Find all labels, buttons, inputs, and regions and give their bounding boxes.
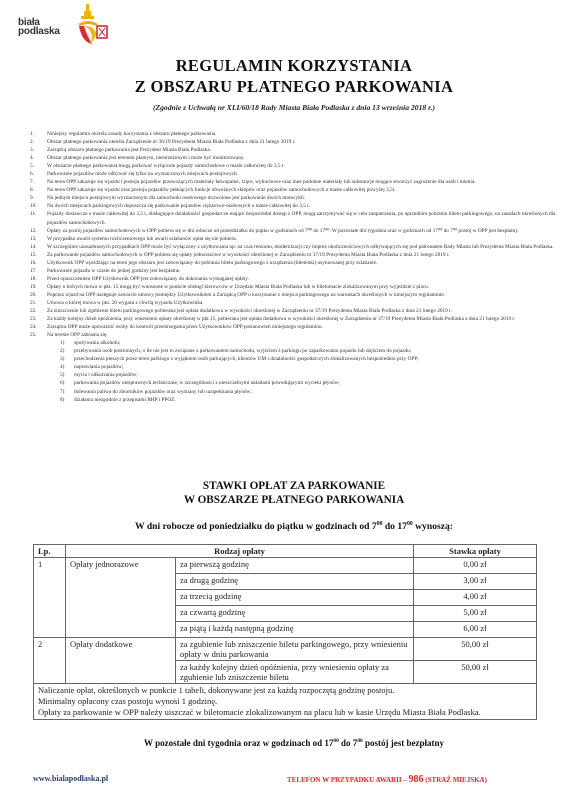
prohibited-number: 2): [60, 347, 74, 355]
rule-text: Za zniszczenie lub zgubienie biletu park…: [47, 307, 570, 315]
rule-number: 11.: [30, 210, 47, 226]
rule-number: 23.: [30, 315, 47, 323]
rule-text: Za każdy kolejny dzień opóźnienia, przy …: [47, 315, 570, 323]
cell-rate: 0,00 zł: [414, 558, 537, 574]
rule-number: 17.: [30, 267, 47, 275]
rule-item: 22.Za zniszczenie lub zgubienie biletu p…: [30, 307, 570, 315]
rule-number: 14.: [30, 243, 47, 251]
table-header-row: Lp. Rodzaj opłaty Stawka opłaty: [34, 545, 537, 558]
rates-heading-line2: W OBSZARZE PŁATNEGO PARKOWANIA: [0, 494, 588, 506]
prohibited-number: 7): [60, 388, 74, 396]
rule-text: Na terenie OPP zabrania się:: [47, 331, 570, 339]
rule-number: 2.: [30, 138, 47, 146]
prohibited-number: 1): [60, 339, 74, 347]
rule-text: Opłaty o których mowa w pkt. 15 mogą być…: [47, 283, 570, 291]
rule-item: 9.Na jednym miejscu postojowym wyznaczon…: [30, 194, 570, 202]
rule-item: 8.Na teren OPP zakazuje się wjazdu oraz …: [30, 186, 570, 194]
rule-item: 15.Za parkowanie pojazdów samochodowych …: [30, 251, 570, 259]
prohibited-text: mycia i odkurzania pojazdów;: [74, 371, 138, 379]
rule-item: 10.Na dwóch miejscach parkingowych dopus…: [30, 202, 570, 210]
cell-lp: 2: [34, 638, 66, 684]
rule-text: Zarządcą obszaru płatnego parkowania jes…: [47, 146, 570, 154]
rule-text: Za parkowanie pojazdów samochodowych w O…: [47, 251, 570, 259]
weekday-mid: do 17: [382, 521, 407, 532]
city-emblem-icon: [76, 2, 110, 46]
rule-item: 17.Parkowanie pojazdu w czasie do jednej…: [30, 267, 570, 275]
prohibited-item: 8)działania niezgodnie z przepisami BHP …: [30, 396, 570, 404]
table-row: 2Opłaty dodatkoweza zgubienie lub zniszc…: [34, 638, 537, 661]
rule-text: Pojazdy dostawcze o masie całkowitej do …: [47, 210, 570, 226]
cell-category: Opłaty jednorazowe: [66, 558, 176, 638]
phone-prefix: TELEFON W PRZYPADKU AWARII –: [287, 776, 409, 784]
rule-text: Na teren OPP zakazuje się wjazdu oraz po…: [47, 186, 570, 194]
rule-number: 15.: [30, 251, 47, 259]
note-line: Minimalny opłacony czas postoju wynosi 1…: [38, 696, 532, 707]
rule-text: Parkowanie pojazdów może odbywać się tyl…: [47, 170, 570, 178]
rule-number: 8.: [30, 186, 47, 194]
website-link[interactable]: www.bialapodlaska.pl: [33, 774, 108, 783]
rule-number: 24.: [30, 323, 47, 331]
cell-rate: 6,00 zł: [414, 622, 537, 638]
cell-description: za zgubienie lub zniszczenie biletu park…: [176, 638, 414, 661]
rule-text: Użytkownik OPP wjeżdżając na teren jego …: [47, 259, 570, 267]
weekday-prefix: W dni robocze od poniedziałku do piątku …: [135, 521, 377, 532]
rule-item: 19.Opłaty o których mowa w pkt. 15 mogą …: [30, 283, 570, 291]
rule-number: 13.: [30, 235, 47, 243]
city-logo: biała podlaska: [18, 2, 108, 46]
note-line: Opłaty za parkowanie w OPP należy uiszcz…: [38, 707, 532, 718]
logo-text: biała podlaska: [18, 18, 60, 36]
rule-number: 7.: [30, 178, 47, 186]
rule-item: 18.Przed opuszczeniem OPP Użytkownik OPP…: [30, 275, 570, 283]
free-mid: do 7: [339, 738, 358, 748]
rule-number: 6.: [30, 170, 47, 178]
free-hours-note: W pozostałe dni tygodnia oraz w godzinac…: [0, 738, 588, 748]
prohibited-text: przechodzenia pieszych przez teren parki…: [74, 355, 419, 363]
prohibited-item: 7)dolewania paliwa do zbiorników pojazdó…: [30, 388, 570, 396]
rule-item: 1.Niniejszy regulamin określa zasady kor…: [30, 130, 570, 138]
emergency-phone: TELEFON W PRZYPADKU AWARII – 986 (STRAŻ …: [287, 774, 487, 785]
prohibited-text: działania niezgodnie z przepisami BHP i …: [74, 396, 176, 404]
rule-text: W obszarze płatnego parkowania mogą park…: [47, 162, 570, 170]
prohibited-item: 2)przebywania osób postronnych, o ile ni…: [30, 347, 570, 355]
table-notes-row: Naliczanie opłat, określonych w punkcie …: [34, 684, 537, 720]
cell-description: za drugą godzinę: [176, 574, 414, 590]
free-prefix: W pozostałe dni tygodnia oraz w godzinac…: [144, 738, 333, 748]
prohibited-text: spożywania alkoholu;: [74, 339, 120, 347]
rule-text: Na dwóch miejscach parkingowych dopuszcz…: [47, 202, 570, 210]
cell-rate: 5,00 zł: [414, 606, 537, 622]
cell-category: Opłaty dodatkowe: [66, 638, 176, 684]
cell-rate: 50,00 zł: [414, 638, 537, 661]
rule-number: 1.: [30, 130, 47, 138]
rule-text: Parkowanie pojazdu w czasie do jednej go…: [47, 267, 570, 275]
rule-item: 6.Parkowanie pojazdów może odbywać się t…: [30, 170, 570, 178]
rule-number: 19.: [30, 283, 47, 291]
rule-item: 14.W szczególnie uzasadnionych przypadka…: [30, 243, 570, 251]
weekday-suffix: wynoszą:: [413, 521, 453, 532]
table-notes: Naliczanie opłat, określonych w punkcie …: [34, 684, 537, 720]
rule-text: Umowa o której mowa w pkt. 20 wygasa z c…: [47, 299, 570, 307]
cell-rate: 3,00 zł: [414, 574, 537, 590]
rule-text: W przypadku awarii systemu rozliczeniowe…: [47, 235, 570, 243]
cell-description: za czwartą godzinę: [176, 606, 414, 622]
prohibited-item: 3)przechodzenia pieszych przez teren par…: [30, 355, 570, 363]
prohibited-text: przebywania osób postronnych, o ile nie …: [74, 347, 411, 355]
prohibited-text: naprawiania pojazdów;: [74, 363, 123, 371]
phone-number: 986: [409, 774, 424, 785]
rule-text: Na teren OPP zakazuje się wjazdu i posto…: [47, 178, 570, 186]
cell-rate: 50,00 zł: [414, 661, 537, 684]
rule-number: 18.: [30, 275, 47, 283]
rule-item: 11.Pojazdy dostawcze o masie całkowitej …: [30, 210, 570, 226]
rule-item: 23.Za każdy kolejny dzień opóźnienia, pr…: [30, 315, 570, 323]
cell-description: za każdy kolejny dzień opóźnienia, przy …: [176, 661, 414, 684]
rates-heading-line1: STAWKI OPŁAT ZA PARKOWANIE: [0, 480, 588, 492]
rule-item: 7.Na teren OPP zakazuje się wjazdu i pos…: [30, 178, 570, 186]
prohibited-text: dolewania paliwa do zbiorników pojazdów …: [74, 388, 252, 396]
weekday-hours-note: W dni robocze od poniedziałku do piątku …: [0, 521, 588, 532]
phone-suffix: (STRAŻ MIEJSKA): [424, 776, 487, 784]
rule-item: 12.Opłaty za postój pojazdów samochodowy…: [30, 227, 570, 235]
rule-text: Na jednym miejscu postojowym wyznaczonym…: [47, 194, 570, 202]
rule-number: 20.: [30, 291, 47, 299]
prohibited-item: 4)naprawiania pojazdów;: [30, 363, 570, 371]
header-lp: Lp.: [34, 545, 66, 558]
rule-text: Niniejszy regulamin określa zasady korzy…: [47, 130, 570, 138]
prohibited-number: 3): [60, 355, 74, 363]
rule-item: 16.Użytkownik OPP wjeżdżając na teren je…: [30, 259, 570, 267]
rule-text: W szczególnie uzasadnionych przypadkach …: [47, 243, 570, 251]
rule-number: 16.: [30, 259, 47, 267]
rule-text: Opłaty za postój pojazdów samochodowych …: [47, 227, 570, 235]
rules-list: 1.Niniejszy regulamin określa zasady kor…: [30, 130, 570, 404]
header-rate: Stawka opłaty: [414, 545, 537, 558]
rule-item: 24.Zarządca OPP może upoważnić osoby do …: [30, 323, 570, 331]
cell-lp: 1: [34, 558, 66, 638]
rates-table: Lp. Rodzaj opłaty Stawka opłaty 1Opłaty …: [33, 544, 537, 720]
rule-item: 20.Poprzez wjazd na OPP następuje zawarc…: [30, 291, 570, 299]
rule-item: 25.Na terenie OPP zabrania się:: [30, 331, 570, 339]
prohibited-item: 5)mycia i odkurzania pojazdów;: [30, 371, 570, 379]
free-suffix: postój jest bezpłatny: [363, 738, 444, 748]
prohibited-number: 8): [60, 396, 74, 404]
cell-rate: 4,00 zł: [414, 590, 537, 606]
rule-item: 13.W przypadku awarii systemu rozliczeni…: [30, 235, 570, 243]
rule-text: Obszar płatnego parkowania jest terenem …: [47, 154, 570, 162]
prohibited-number: 6): [60, 379, 74, 387]
rule-number: 4.: [30, 154, 47, 162]
rule-text: Poprzez wjazd na OPP następuje zawarcie …: [47, 291, 570, 299]
rule-number: 12.: [30, 227, 47, 235]
cell-description: za pierwszą godzinę: [176, 558, 414, 574]
prohibited-text: parkowania pojazdów niesprawnych technic…: [74, 379, 340, 387]
rule-text: Przed opuszczeniem OPP Użytkownik OPP je…: [47, 275, 570, 283]
rule-item: 3.Zarządcą obszaru płatnego parkowania j…: [30, 146, 570, 154]
rule-number: 5.: [30, 162, 47, 170]
rule-text: Obszar płatnego parkowania określa Zarzą…: [47, 138, 570, 146]
rule-item: 21.Umowa o której mowa w pkt. 20 wygasa …: [30, 299, 570, 307]
prohibited-item: 1)spożywania alkoholu;: [30, 339, 570, 347]
rule-number: 10.: [30, 202, 47, 210]
header-type: Rodzaj opłaty: [66, 545, 414, 558]
rule-item: 2.Obszar płatnego parkowania określa Zar…: [30, 138, 570, 146]
rule-number: 9.: [30, 194, 47, 202]
rule-number: 22.: [30, 307, 47, 315]
page-title-line2: Z OBSZARU PŁATNEGO PARKOWANIA: [0, 77, 588, 97]
table-row: 1Opłaty jednorazoweza pierwszą godzinę0,…: [34, 558, 537, 574]
cell-description: za piątą i każdą następną godzinę: [176, 622, 414, 638]
rule-text: Zarządca OPP może upoważnić osoby do kon…: [47, 323, 570, 331]
prohibited-item: 6)parkowania pojazdów niesprawnych techn…: [30, 379, 570, 387]
prohibited-number: 5): [60, 371, 74, 379]
page-title-line1: REGULAMIN KORZYSTANIA: [0, 56, 588, 76]
page-subtitle: (Zgodnie z Uchwałą nr XLI/60/18 Rady Mia…: [0, 103, 588, 112]
rule-number: 21.: [30, 299, 47, 307]
rule-item: 5.W obszarze płatnego parkowania mogą pa…: [30, 162, 570, 170]
logo-line2: podlaska: [18, 27, 60, 36]
rule-number: 25.: [30, 331, 47, 339]
prohibited-number: 4): [60, 363, 74, 371]
note-line: Naliczanie opłat, określonych w punkcie …: [38, 685, 532, 696]
rule-item: 4.Obszar płatnego parkowania jest terene…: [30, 154, 570, 162]
rule-number: 3.: [30, 146, 47, 154]
cell-description: za trzecią godzinę: [176, 590, 414, 606]
